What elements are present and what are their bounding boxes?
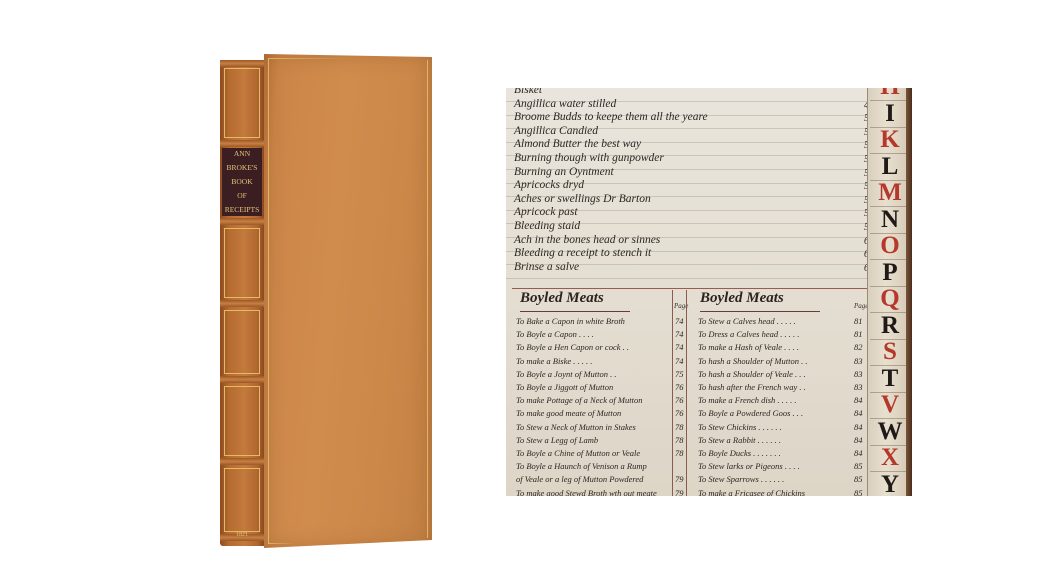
recipe-page-number: 76 <box>675 382 684 392</box>
recipe-entry: To Boyle Ducks . . . . . . . <box>698 448 781 458</box>
index-entry: Bisket <box>514 88 542 96</box>
index-entry: Aches or swellings Dr Barton <box>514 193 651 205</box>
recipe-entry: To hash after the French way . . <box>698 382 806 392</box>
recipe-page-number: 79 <box>675 474 684 484</box>
recipe-entry: To make good meate of Mutton <box>516 408 621 418</box>
index-tab-letter: X <box>874 445 906 470</box>
manuscript-index-page: BisketAngillica water stilled48Broome Bu… <box>506 88 912 496</box>
recipe-page-number: 76 <box>675 395 684 405</box>
spine-band <box>220 60 264 67</box>
book-spine: ANN BROKE'S BOOK OF RECEIPTS 1821 <box>220 60 264 546</box>
recipe-entry: To make a Biske . . . . . <box>516 356 592 366</box>
column-rule <box>672 290 673 496</box>
spine-panel <box>224 310 260 374</box>
index-entry: Apricock past <box>514 206 578 218</box>
index-entry: Broome Budds to keepe them all the yeare <box>514 111 708 123</box>
recipe-page-number: 81 <box>854 316 863 326</box>
index-tab-letter: H <box>874 88 906 99</box>
recipe-page-number: 84 <box>854 435 863 445</box>
recipe-page-number: 74 <box>675 356 684 366</box>
spine-panel <box>224 68 260 138</box>
recipe-entry: To Stew larks or Pigeons . . . . <box>698 461 800 471</box>
recipe-page-number: 85 <box>854 461 863 471</box>
recipe-entry: To make good Stewd Broth wth out meate <box>516 488 657 496</box>
index-tab-letter: O <box>874 233 906 258</box>
spine-panel <box>224 386 260 456</box>
recipe-entry: To Boyle a Joynt of Mutton . . <box>516 369 617 379</box>
column-rule <box>686 290 687 496</box>
recipe-entry: To make a Fricasee of Chickins <box>698 488 805 496</box>
recipe-page-number: 74 <box>675 342 684 352</box>
index-tab-letter: Q <box>874 286 906 311</box>
index-tab-letter: W <box>874 419 906 444</box>
recipe-entry: To Dress a Calves head . . . . . <box>698 329 799 339</box>
recipe-page-number: 84 <box>854 408 863 418</box>
recipe-page-number: 79 <box>675 488 684 496</box>
column-heading: Boyled Meats <box>700 290 784 307</box>
index-tab-letter: N <box>874 207 906 232</box>
recipe-page-number: 83 <box>854 356 863 366</box>
recipe-entry: To Bake a Capon in white Broth <box>516 316 625 326</box>
recipe-entry: To make a Hash of Veale . . . . <box>698 342 799 352</box>
recipe-page-number: 81 <box>854 329 863 339</box>
spine-title-line: BOOK <box>222 175 262 189</box>
book-edge <box>906 88 912 496</box>
recipe-page-number: 84 <box>854 422 863 432</box>
index-tab-letter: Y <box>874 472 906 497</box>
index-tab-letter: M <box>874 180 906 205</box>
recipe-entry: To Stew a Calves head . . . . . <box>698 316 796 326</box>
spine-date: 1821 <box>220 532 264 538</box>
recipe-entry: To Boyle a Chine of Mutton or Veale <box>516 448 640 458</box>
spine-band <box>220 458 264 465</box>
recipe-entry: To Stew a Legg of Lamb <box>516 435 598 445</box>
index-entry: Angillica water stilled <box>514 98 616 110</box>
recipe-page-number: 76 <box>675 408 684 418</box>
index-tab-letter: P <box>874 260 906 285</box>
recipe-entry: To Boyle a Haunch of Venison a Rump <box>516 461 647 471</box>
recipe-page-number: 82 <box>854 342 863 352</box>
alphabet-index-tabs: HIKLMNOPQRSTVWXY <box>867 88 912 496</box>
recipe-entry: To Stew Chickins . . . . . . <box>698 422 782 432</box>
recipe-entry: To hash a Shoulder of Veale . . . <box>698 369 806 379</box>
index-tab-letter: I <box>874 101 906 126</box>
recipe-page-number: 85 <box>854 488 863 496</box>
spine-title-line: ANN BROKE'S <box>222 147 262 175</box>
recipe-page-number: 78 <box>675 448 684 458</box>
index-entry: Brinse a salve <box>514 261 579 273</box>
recipe-entry: To Boyle a Hen Capon or cock . . <box>516 342 629 352</box>
recipe-entry: To Boyle a Capon . . . . <box>516 329 594 339</box>
spine-title-label: ANN BROKE'S BOOK OF RECEIPTS <box>222 148 262 216</box>
recipe-entry: To Stew a Neck of Mutton in Stakes <box>516 422 636 432</box>
spine-title-line: OF <box>222 189 262 203</box>
heading-underline <box>700 311 820 312</box>
index-entry: Burning though with gunpowder <box>514 152 664 164</box>
gilt-fillet-border <box>268 58 428 544</box>
spine-panel <box>224 228 260 298</box>
recipe-entry: To Boyle a Jiggott of Mutton <box>516 382 613 392</box>
index-entry: Ach in the bones head or sinnes <box>514 234 660 246</box>
column-heading: Boyled Meats <box>520 290 604 307</box>
index-entry: Burning an Oyntment <box>514 166 614 178</box>
recipe-entry: To Stew a Rabbit . . . . . . <box>698 435 781 445</box>
recipe-page-number: 74 <box>675 316 684 326</box>
spine-panel <box>224 468 260 532</box>
recipe-page-number: 83 <box>854 369 863 379</box>
red-divider-line <box>512 288 868 289</box>
recipe-entry: To Boyle a Powdered Goos . . . <box>698 408 803 418</box>
index-tab-letter: V <box>874 392 906 417</box>
index-entry: Bleeding staid <box>514 220 580 232</box>
recipe-entry: To make a French dish . . . . . <box>698 395 797 405</box>
spine-title-line: RECEIPTS <box>222 203 262 217</box>
recipe-entry: of Veale or a leg of Mutton Powdered <box>516 474 643 484</box>
heading-underline <box>520 311 630 312</box>
index-entry: Almond Butter the best way <box>514 138 641 150</box>
recipe-page-number: 74 <box>675 329 684 339</box>
recipe-page-number: 78 <box>675 435 684 445</box>
recipe-entry: To Stew Sparrows . . . . . . <box>698 474 784 484</box>
recipe-page-number: 75 <box>675 369 684 379</box>
recipe-page-number: 78 <box>675 422 684 432</box>
leather-bound-book: ANN BROKE'S BOOK OF RECEIPTS 1821 <box>220 54 435 548</box>
index-tab-letter: T <box>874 366 906 391</box>
spine-band <box>220 140 264 147</box>
spine-band <box>220 300 264 307</box>
recipe-page-number: 84 <box>854 395 863 405</box>
index-tab-letter: R <box>874 313 906 338</box>
spine-band <box>220 218 264 225</box>
index-entry: Apricocks dryd <box>514 179 584 191</box>
recipe-page-number: 83 <box>854 382 863 392</box>
recipe-page-number: 85 <box>854 474 863 484</box>
index-tab-letter: L <box>874 154 906 179</box>
spine-band <box>220 376 264 383</box>
ruled-line <box>506 278 868 279</box>
recipe-page-number: 84 <box>854 448 863 458</box>
recipe-entry: To make Pottage of a Neck of Mutton <box>516 395 642 405</box>
index-entry: Bleeding a receipt to stench it <box>514 247 651 259</box>
index-tab-letter: S <box>874 339 906 364</box>
recipe-entry: To hash a Shoulder of Mutton . . <box>698 356 808 366</box>
index-tab-letter: K <box>874 127 906 152</box>
index-entry: Angillica Candied <box>514 125 598 137</box>
